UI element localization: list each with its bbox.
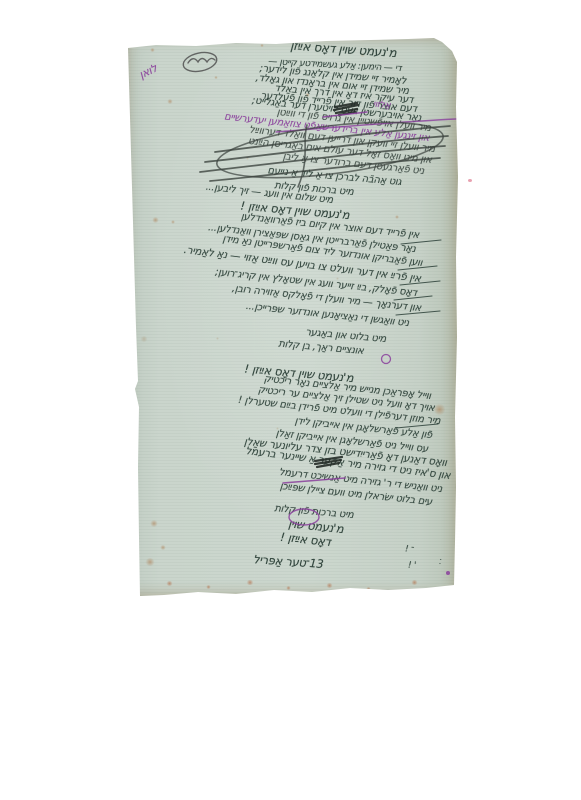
fox-stain: [214, 76, 218, 79]
edge-stain: [286, 586, 291, 590]
pink-speck: [468, 179, 472, 182]
fox-stain: [145, 558, 155, 566]
fox-stain: [216, 337, 219, 340]
purple-inserted-word: אַלזוי: [372, 100, 390, 111]
edge-stain: [366, 587, 371, 591]
fox-stain: [140, 336, 148, 342]
edge-stain: [411, 580, 418, 585]
fox-stain: [434, 403, 445, 416]
fox-stain: [160, 545, 166, 550]
fox-stain: [395, 215, 399, 219]
fox-stain: [167, 99, 173, 104]
edge-stain: [166, 581, 173, 586]
poem-title: מ'נעמט שוין דאָס אײַזן: [289, 39, 396, 60]
edge-stain: [246, 580, 254, 585]
fox-stain: [246, 157, 249, 160]
corner-ink-marks: ' !: [408, 561, 417, 571]
fox-stain: [150, 48, 155, 52]
corner-ink-marks: ׃: [439, 557, 441, 567]
scanned-manuscript-page: לואן מ'נעמט שוין דאָס אײַזן די — הימען: …: [0, 0, 581, 800]
edge-stain: [206, 585, 211, 589]
fox-stain: [171, 220, 175, 224]
manuscript-paper: לואן מ'נעמט שוין דאָס אײַזן די — הימען: …: [126, 37, 459, 598]
edge-stain: [326, 583, 333, 588]
fox-stain: [152, 217, 159, 223]
date-line: 13־טער אַפּריל: [252, 552, 323, 571]
margin-dash-mark: ־ !: [405, 544, 415, 555]
fox-stain: [260, 44, 264, 47]
archive-mark: לואן: [137, 62, 159, 82]
fox-stain: [150, 520, 158, 527]
